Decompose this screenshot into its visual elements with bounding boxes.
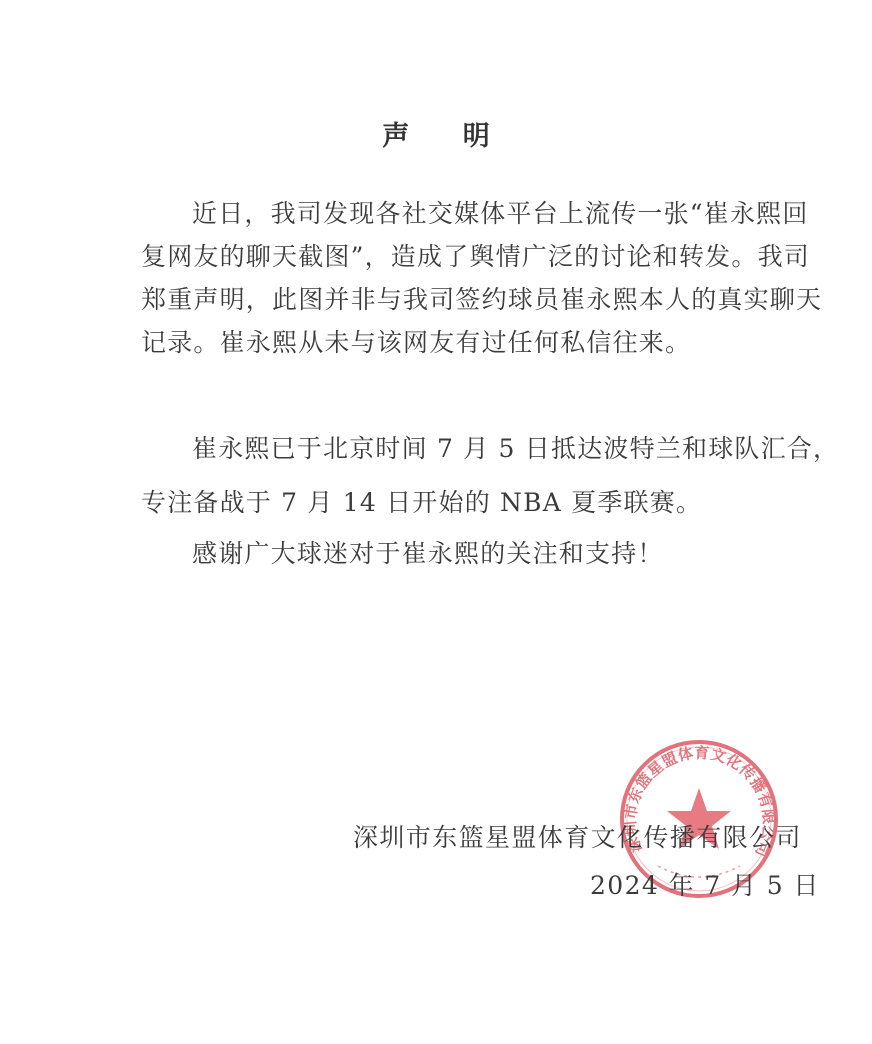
- paragraph-3-line-1: 感谢广大球迷对于崔永熙的关注和支持！: [192, 539, 812, 569]
- paragraph-1-line-3: 郑重声明，此图并非与我司签约球员崔永熙本人的真实聊天: [141, 285, 761, 315]
- paragraph-1-line-1: 近日，我司发现各社交媒体平台上流传一张“崔永熙回: [192, 199, 812, 229]
- statement-document: 声 明 近日，我司发现各社交媒体平台上流传一张“崔永熙回 复网友的聊天截图”，造…: [0, 0, 872, 1044]
- document-title: 声 明: [0, 114, 872, 153]
- paragraph-2-line-2: 专注备战于 7 月 14 日开始的 NBA 夏季联赛。: [141, 488, 761, 518]
- paragraph-1-line-2: 复网友的聊天截图”，造成了舆情广泛的讨论和转发。我司: [141, 242, 761, 272]
- signature-company: 深圳市东篮星盟体育文化传播有限公司: [353, 818, 802, 854]
- signature-date: 2024 年 7 月 5 日: [590, 866, 820, 902]
- paragraph-2-line-1: 崔永熙已于北京时间 7 月 5 日抵达波特兰和球队汇合，: [192, 434, 812, 464]
- paragraph-1-line-4: 记录。崔永熙从未与该网友有过任何私信往来。: [141, 328, 761, 358]
